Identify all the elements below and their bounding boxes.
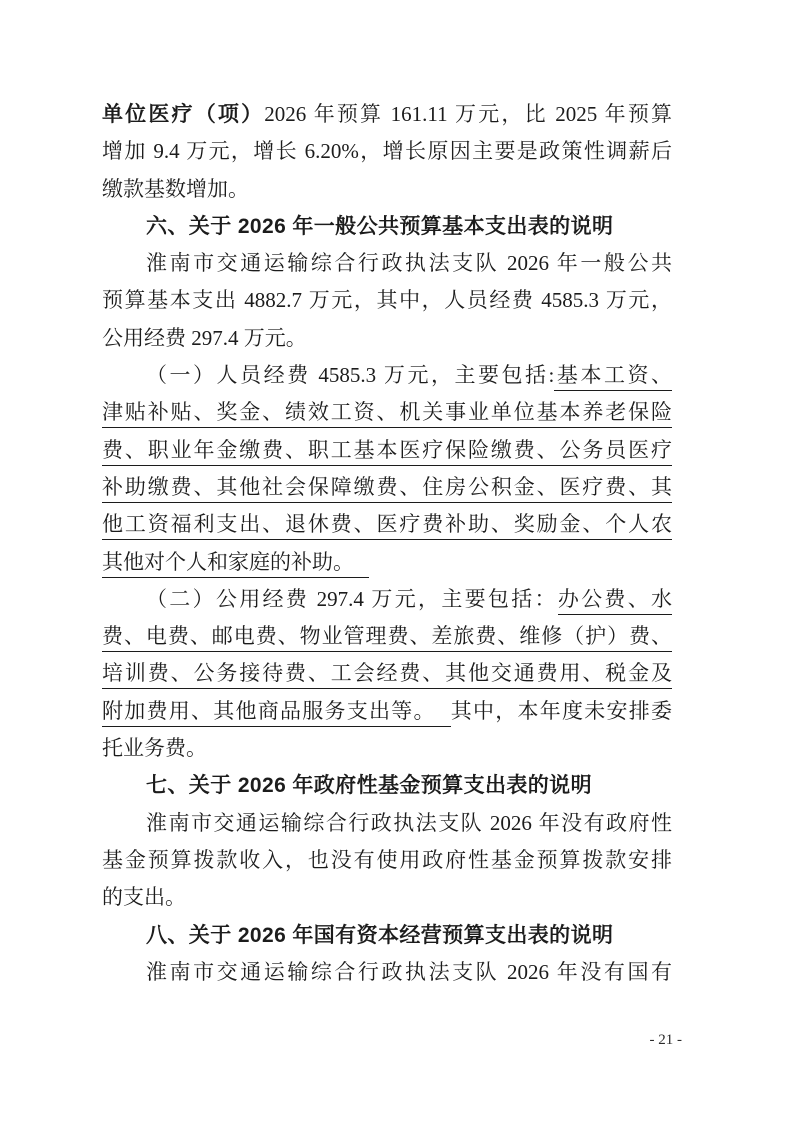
- text-segment: （二）公用经费 297.4 万元，主要包括：: [146, 587, 558, 611]
- text-segment: 的支出。: [102, 885, 186, 909]
- underlined-segment: 津贴补贴、奖金、绩效工资、机关事业单位基本养老保险: [102, 400, 672, 428]
- text-segment: 预算基本支出 4882.7 万元，其中，人员经费 4585.3 万元，: [102, 288, 672, 312]
- document-line: 预算基本支出 4882.7 万元，其中，人员经费 4585.3 万元，: [102, 282, 672, 319]
- text-segment: 淮南市交通运输综合行政执法支队 2026 年没有政府性: [146, 811, 672, 835]
- underlined-segment: 附加费用、其他商品服务支出等。: [102, 699, 451, 727]
- section-heading: 六、关于 2026 年一般公共预算基本支出表的说明: [102, 208, 672, 245]
- document-line: 基金预算拨款收入，也没有使用政府性基金预算拨款安排: [102, 842, 672, 879]
- document-line: 补助缴费、其他社会保障缴费、住房公积金、医疗费、其: [102, 469, 672, 506]
- document-line: 培训费、公务接待费、工会经费、其他交通费用、税金及: [102, 655, 672, 692]
- text-segment: 增加 9.4 万元，增长 6.20%，增长原因主要是政策性调薪后: [102, 139, 672, 163]
- page-number: - 21 -: [650, 1031, 683, 1049]
- document-line: 单位医疗（项）2026 年预算 161.11 万元，比 2025 年预算: [102, 96, 672, 133]
- document-line: 增加 9.4 万元，增长 6.20%，增长原因主要是政策性调薪后: [102, 133, 672, 170]
- document-page: 单位医疗（项）2026 年预算 161.11 万元，比 2025 年预算增加 9…: [0, 0, 793, 1122]
- text-segment: 淮南市交通运输综合行政执法支队 2026 年没有国有: [146, 960, 672, 984]
- document-line: 的支出。: [102, 879, 672, 916]
- document-line: 公用经费 297.4 万元。: [102, 320, 672, 357]
- document-line: 费、电费、邮电费、物业管理费、差旅费、维修（护）费、: [102, 618, 672, 655]
- document-line: （一）人员经费 4585.3 万元，主要包括:基本工资、: [102, 357, 672, 394]
- emphasis-segment: 单位医疗（项）: [102, 102, 264, 126]
- document-line: 他工资福利支出、退休费、医疗费补助、奖励金、个人农: [102, 506, 672, 543]
- text-segment: 2026 年预算 161.11 万元，比 2025 年预算: [264, 102, 672, 126]
- text-segment: 七、关于 2026 年政府性基金预算支出表的说明: [146, 774, 592, 797]
- underlined-segment: 他工资福利支出、退休费、医疗费补助、奖励金、个人农: [102, 512, 672, 540]
- document-line: 附加费用、其他商品服务支出等。其中，本年度未安排委: [102, 693, 672, 730]
- underlined-segment: 办公费、水: [558, 587, 672, 615]
- underlined-segment: 补助缴费、其他社会保障缴费、住房公积金、医疗费、其: [102, 475, 672, 503]
- text-segment: 公用经费 297.4 万元。: [102, 326, 307, 350]
- text-segment: 基金预算拨款收入，也没有使用政府性基金预算拨款安排: [102, 848, 672, 872]
- underlined-segment: 费、职业年金缴费、职工基本医疗保险缴费、公务员医疗: [102, 438, 672, 466]
- document-line: 费、职业年金缴费、职工基本医疗保险缴费、公务员医疗: [102, 432, 672, 469]
- text-segment: 缴款基数增加。: [102, 177, 249, 201]
- text-segment: 其中，本年度未安排委: [451, 699, 672, 723]
- document-line: 淮南市交通运输综合行政执法支队 2026 年一般公共: [102, 245, 672, 282]
- text-segment: 淮南市交通运输综合行政执法支队 2026 年一般公共: [146, 251, 672, 275]
- underlined-segment: 费、电费、邮电费、物业管理费、差旅费、维修（护）费、: [102, 624, 672, 652]
- document-line: 淮南市交通运输综合行政执法支队 2026 年没有政府性: [102, 805, 672, 842]
- text-segment: 托业务费。: [102, 736, 207, 760]
- document-line: 津贴补贴、奖金、绩效工资、机关事业单位基本养老保险: [102, 394, 672, 431]
- underlined-segment: 其他对个人和家庭的补助。: [102, 550, 369, 578]
- document-body: 单位医疗（项）2026 年预算 161.11 万元，比 2025 年预算增加 9…: [102, 96, 672, 991]
- document-line: （二）公用经费 297.4 万元，主要包括：办公费、水: [102, 581, 672, 618]
- document-line: 淮南市交通运输综合行政执法支队 2026 年没有国有: [102, 954, 672, 991]
- document-line: 缴款基数增加。: [102, 171, 672, 208]
- text-segment: 六、关于 2026 年一般公共预算基本支出表的说明: [146, 215, 613, 238]
- document-line: 托业务费。: [102, 730, 672, 767]
- text-segment: （一）人员经费 4585.3 万元，主要包括:: [146, 363, 554, 387]
- underlined-segment: 基本工资、: [554, 363, 672, 391]
- document-line: 其他对个人和家庭的补助。: [102, 544, 672, 581]
- section-heading: 八、关于 2026 年国有资本经营预算支出表的说明: [102, 917, 672, 954]
- section-heading: 七、关于 2026 年政府性基金预算支出表的说明: [102, 767, 672, 804]
- underlined-segment: 培训费、公务接待费、工会经费、其他交通费用、税金及: [102, 661, 672, 689]
- text-segment: 八、关于 2026 年国有资本经营预算支出表的说明: [146, 924, 613, 947]
